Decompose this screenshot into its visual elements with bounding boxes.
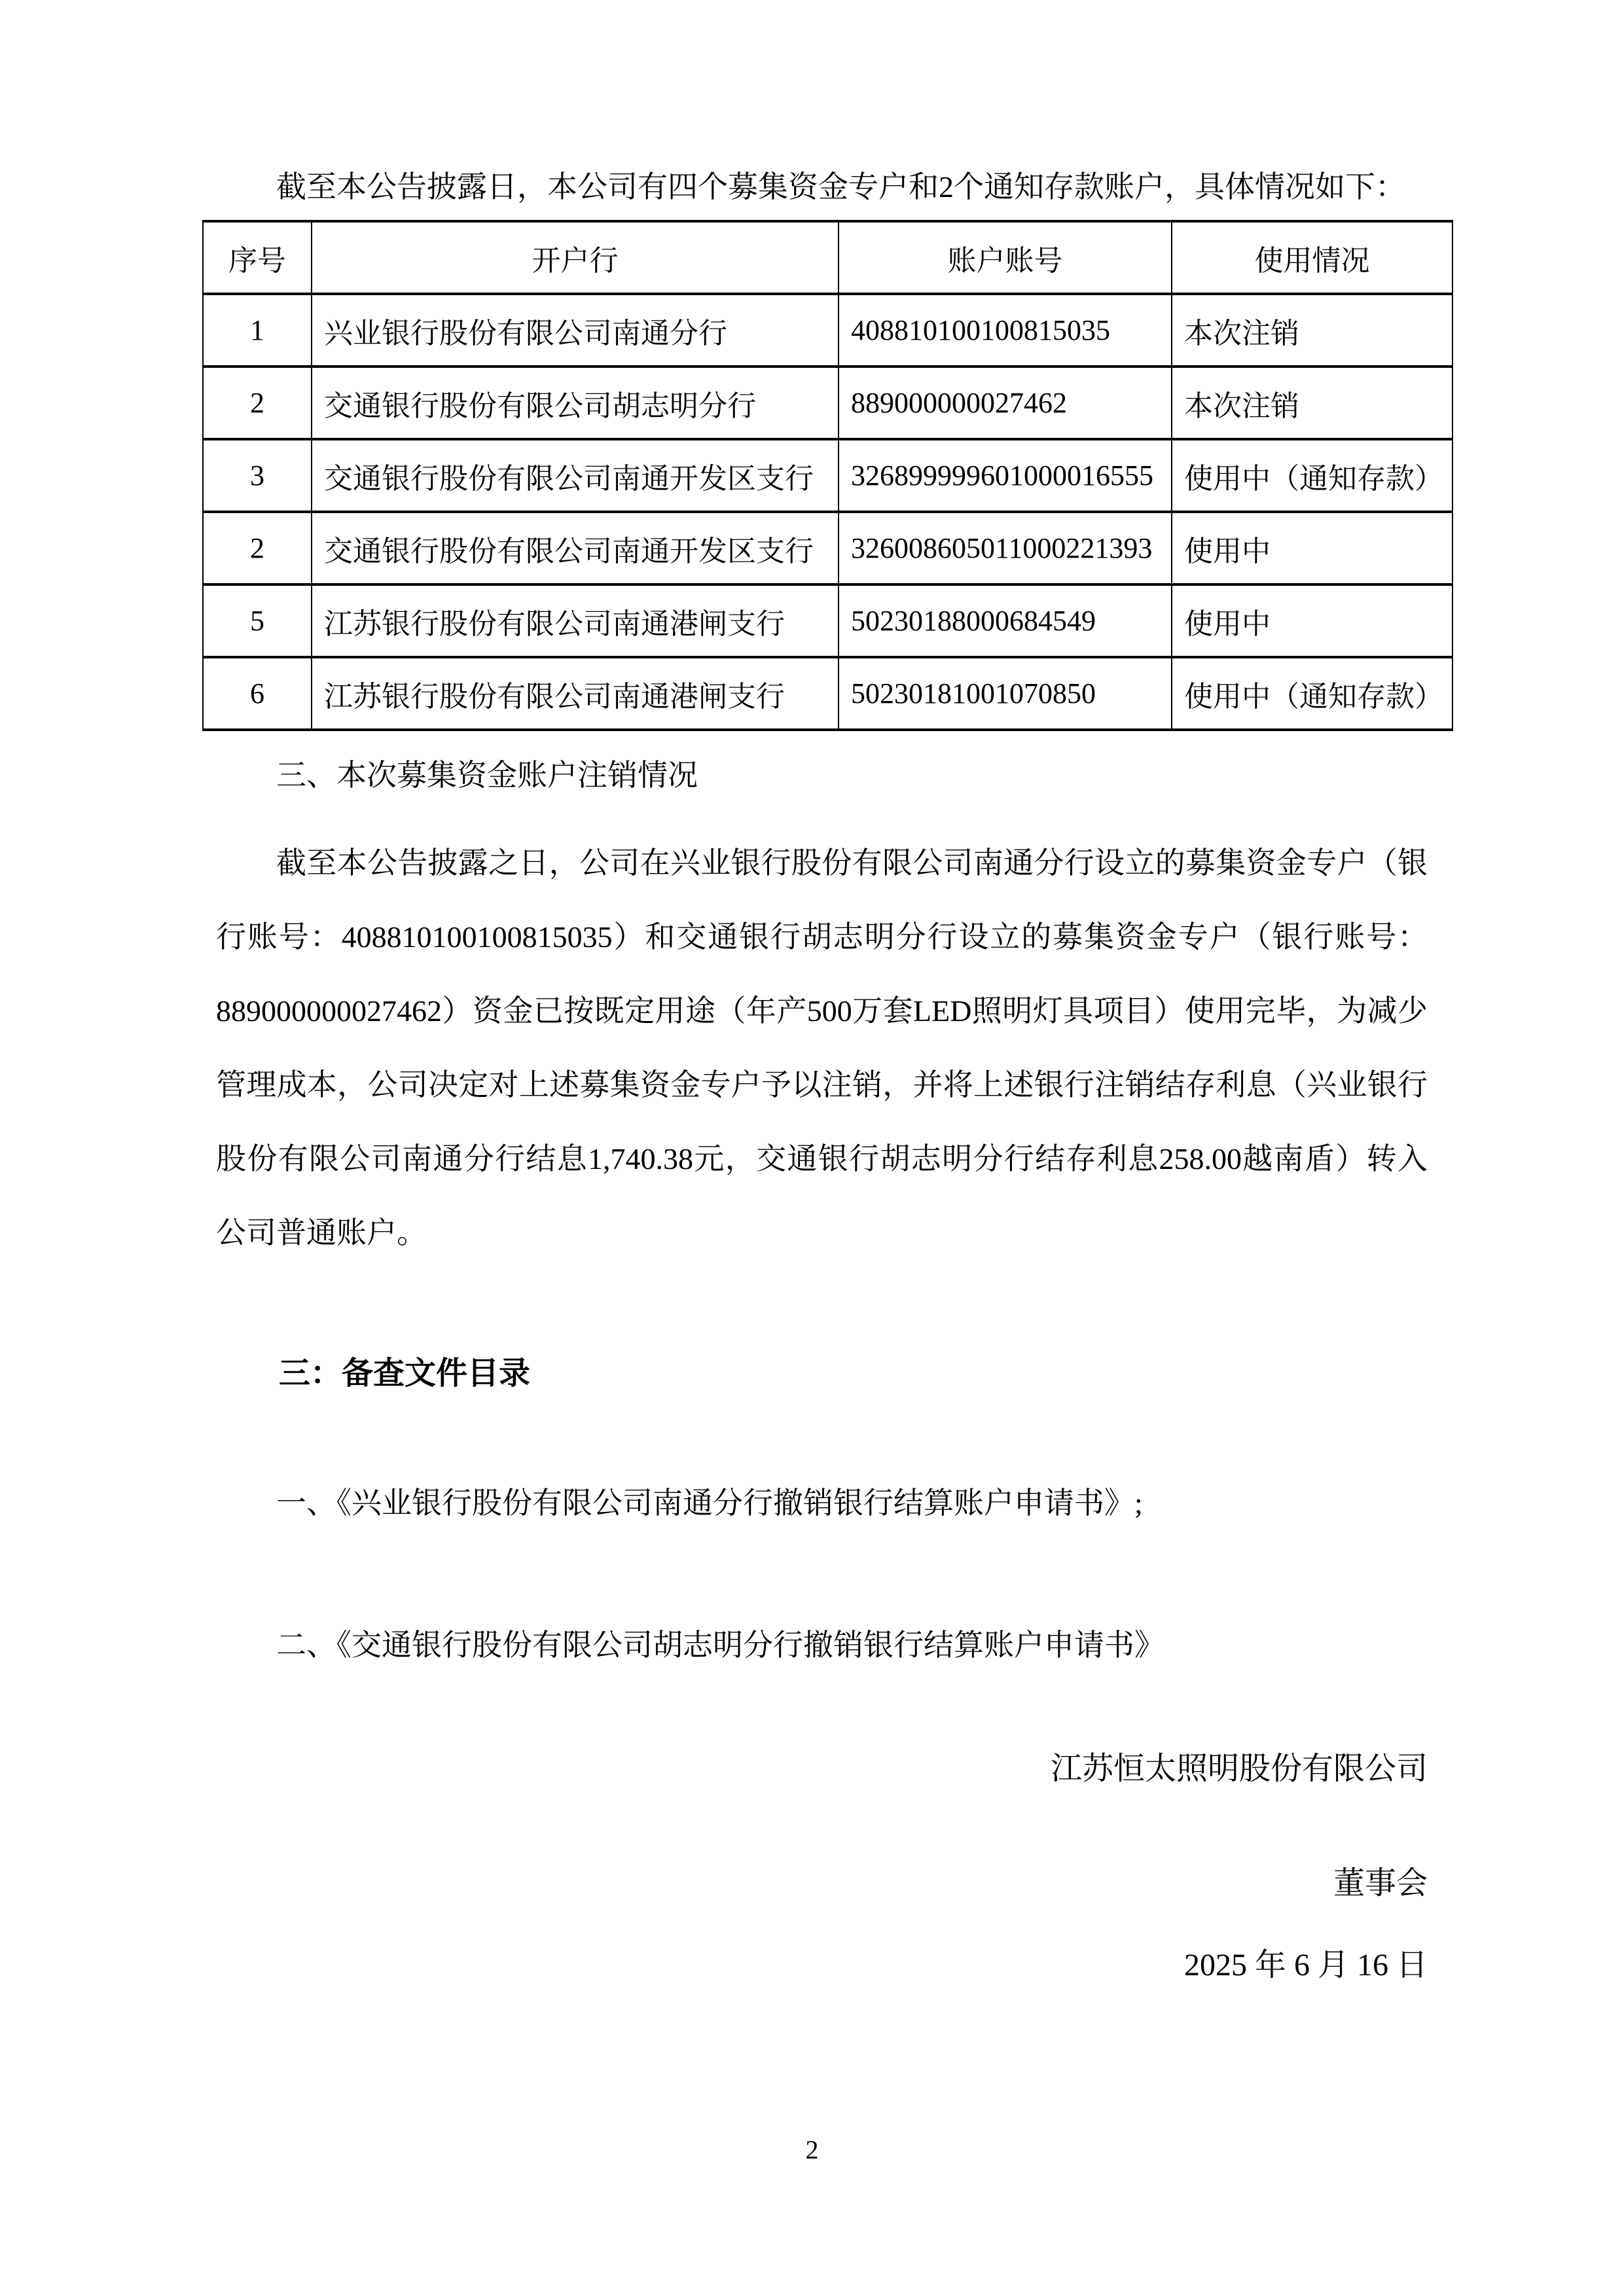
- accounts-table: 序号 开户行 账户账号 使用情况 1 兴业银行股份有限公司南通分行 408810…: [202, 220, 1453, 731]
- cell-bank: 交通银行股份有限公司南通开发区支行: [312, 512, 839, 584]
- col-header-index: 序号: [203, 221, 312, 294]
- cell-account: 326008605011000221393: [839, 512, 1172, 584]
- intro-paragraph: 截至本公告披露日，本公司有四个募集资金专户和2个通知存款账户，具体情况如下：: [216, 151, 1428, 224]
- cell-bank: 兴业银行股份有限公司南通分行: [312, 294, 839, 367]
- cell-account: 889000000027462: [839, 367, 1172, 439]
- document-page: 截至本公告披露日，本公司有四个募集资金专户和2个通知存款账户，具体情况如下： 序…: [0, 0, 1624, 2296]
- cell-usage: 本次注销: [1172, 367, 1453, 439]
- table-row: 3 交通银行股份有限公司南通开发区支行 32689999960100001655…: [203, 439, 1453, 512]
- cell-account: 50230181001070850: [839, 657, 1172, 730]
- cell-bank: 交通银行股份有限公司胡志明分行: [312, 367, 839, 439]
- document-item-2: 二、《交通银行股份有限公司胡志明分行撤销银行结算账户申请书》: [216, 1626, 1428, 1664]
- cell-bank: 江苏银行股份有限公司南通港闸支行: [312, 657, 839, 730]
- cell-account: 408810100100815035: [839, 294, 1172, 367]
- cell-usage: 本次注销: [1172, 294, 1453, 367]
- table-row: 5 江苏银行股份有限公司南通港闸支行 50230188000684549 使用中: [203, 584, 1453, 657]
- table-row: 6 江苏银行股份有限公司南通港闸支行 50230181001070850 使用中…: [203, 657, 1453, 730]
- cell-bank: 江苏银行股份有限公司南通港闸支行: [312, 584, 839, 657]
- cell-usage: 使用中（通知存款）: [1172, 439, 1453, 512]
- section-heading-cancellation: 三、本次募集资金账户注销情况: [216, 757, 1428, 793]
- cell-index: 1: [203, 294, 312, 367]
- cell-usage: 使用中: [1172, 512, 1453, 584]
- section-heading-documents: 三：备查文件目录: [216, 1355, 1428, 1393]
- cell-index: 2: [203, 367, 312, 439]
- cell-index: 2: [203, 512, 312, 584]
- signature-date: 2025 年 6 月 16 日: [216, 1946, 1428, 1985]
- signature-board: 董事会: [216, 1864, 1428, 1903]
- signature-company: 江苏恒太照明股份有限公司: [216, 1749, 1428, 1789]
- cell-usage: 使用中: [1172, 584, 1453, 657]
- col-header-account: 账户账号: [839, 221, 1172, 294]
- cell-index: 5: [203, 584, 312, 657]
- cancellation-paragraph: 截至本公告披露之日，公司在兴业银行股份有限公司南通分行设立的募集资金专户（银行账…: [216, 826, 1428, 1270]
- cell-index: 3: [203, 439, 312, 512]
- cell-bank: 交通银行股份有限公司南通开发区支行: [312, 439, 839, 512]
- cell-account: 326899999601000016555: [839, 439, 1172, 512]
- page-number: 2: [0, 2134, 1624, 2165]
- table-row: 2 交通银行股份有限公司南通开发区支行 32600860501100022139…: [203, 512, 1453, 584]
- cell-account: 50230188000684549: [839, 584, 1172, 657]
- cell-usage: 使用中（通知存款）: [1172, 657, 1453, 730]
- document-item-1: 一、《兴业银行股份有限公司南通分行撤销银行结算账户申请书》;: [216, 1484, 1428, 1522]
- cell-index: 6: [203, 657, 312, 730]
- table-row: 2 交通银行股份有限公司胡志明分行 889000000027462 本次注销: [203, 367, 1453, 439]
- table-header-row: 序号 开户行 账户账号 使用情况: [203, 221, 1453, 294]
- col-header-bank: 开户行: [312, 221, 839, 294]
- table-row: 1 兴业银行股份有限公司南通分行 408810100100815035 本次注销: [203, 294, 1453, 367]
- col-header-usage: 使用情况: [1172, 221, 1453, 294]
